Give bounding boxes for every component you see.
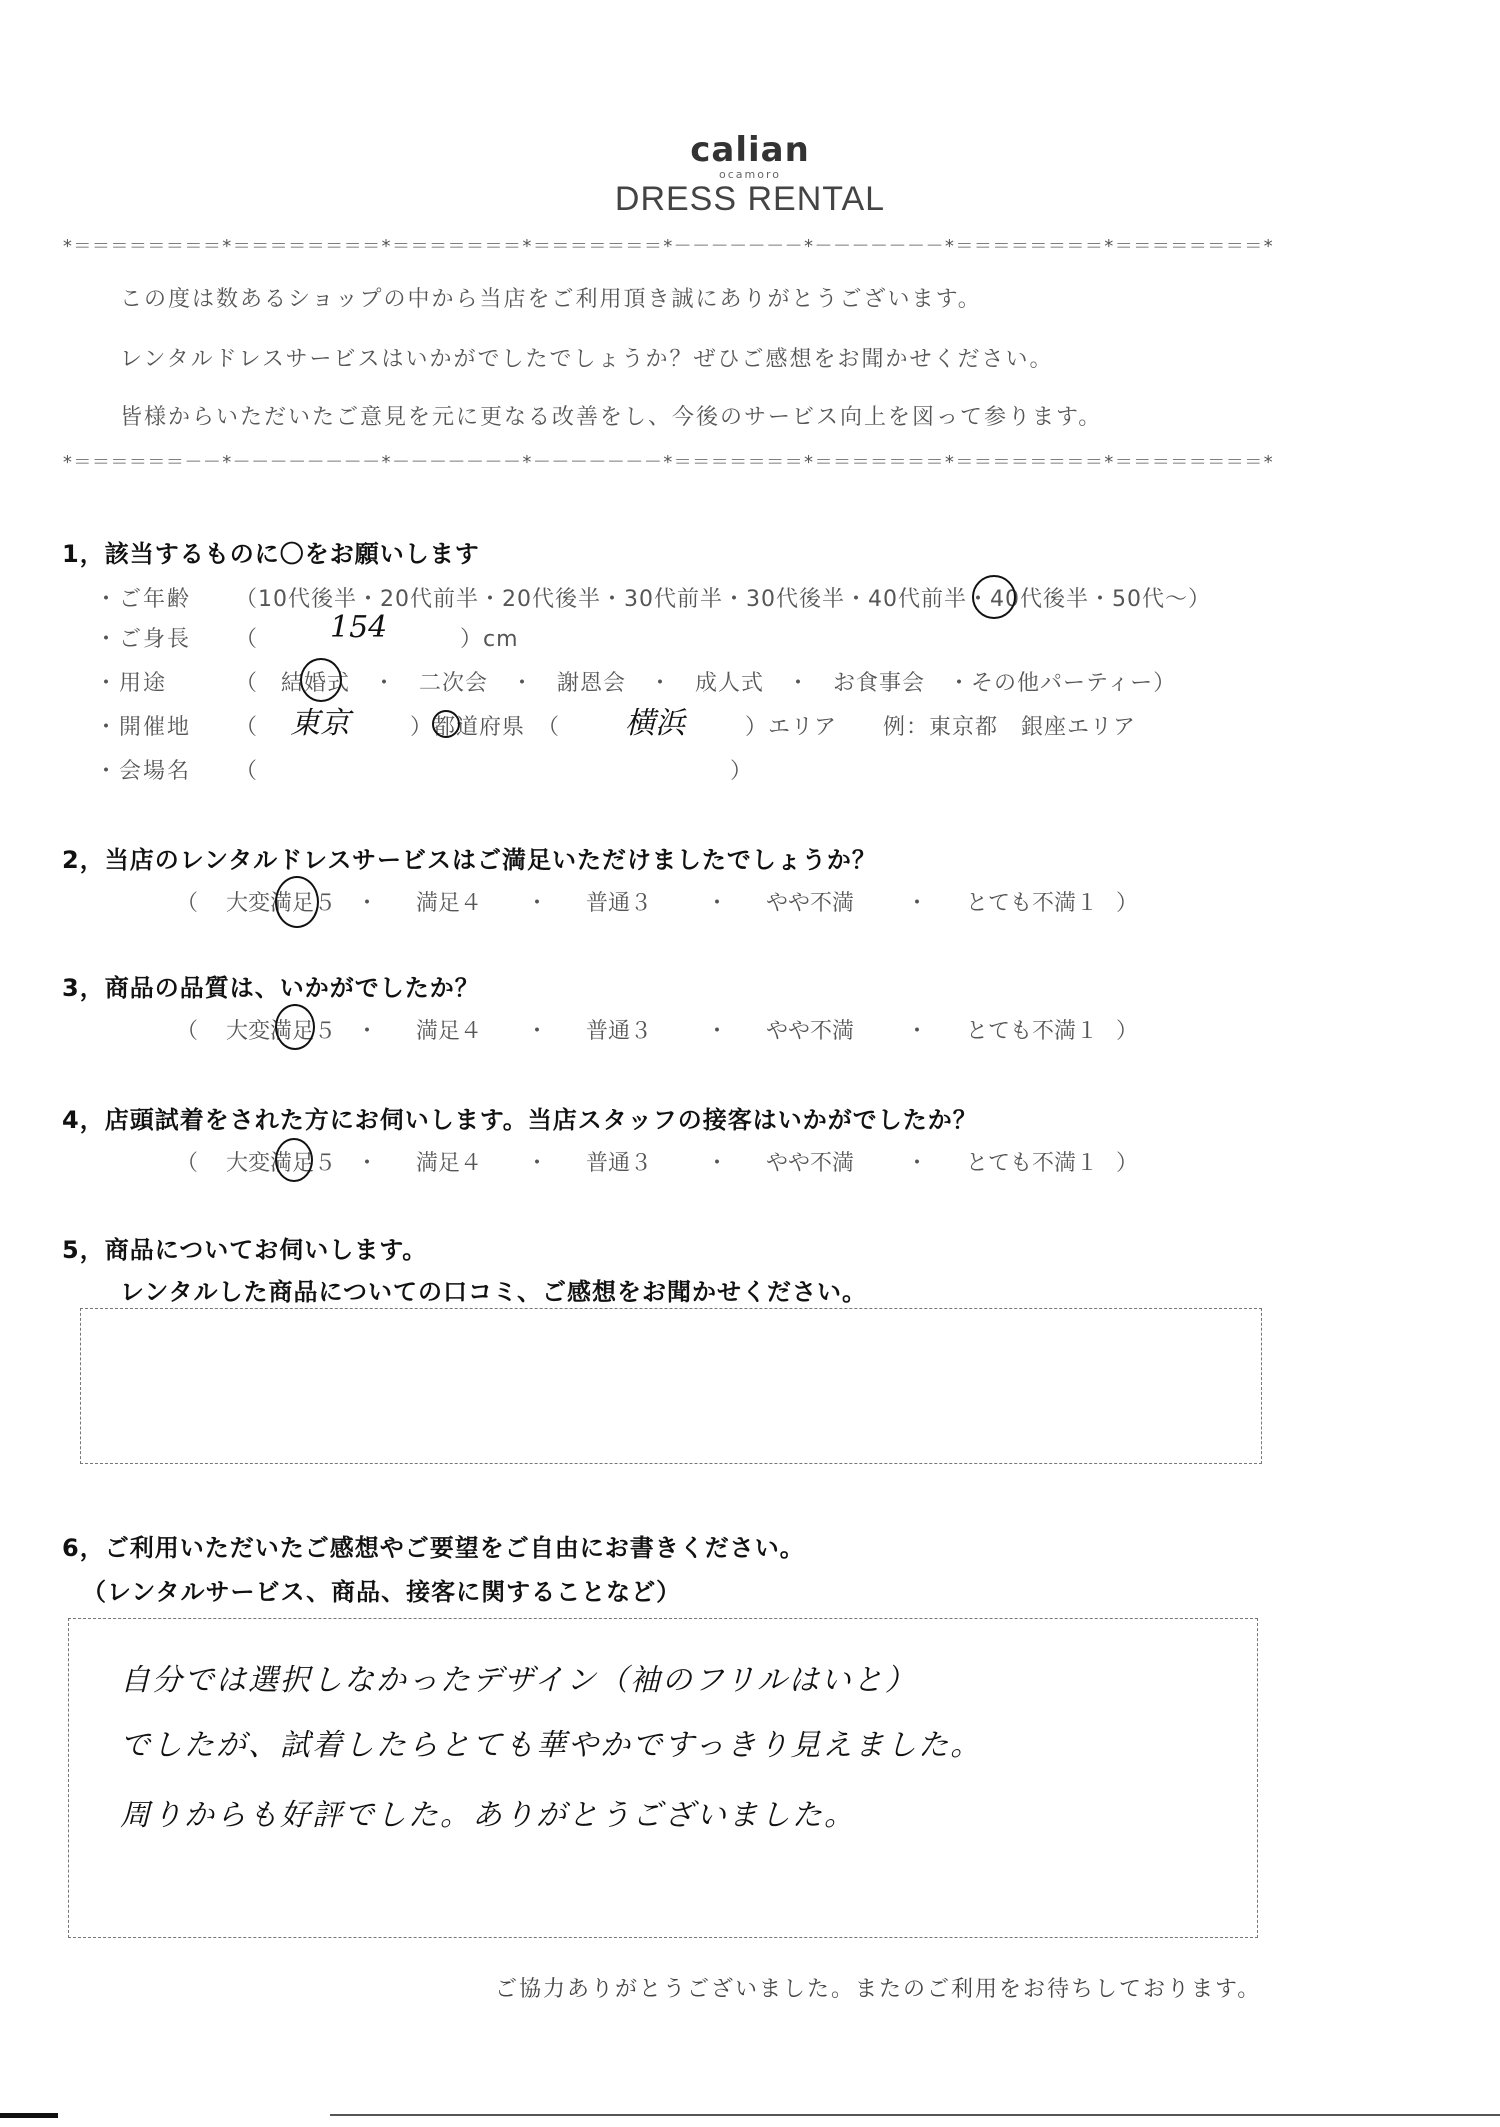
q3-rating-scale[interactable]: （ 大変満足５ ・ 満足４ ・ 普通３ ・ やや不満 ・ とても不満１ ）: [176, 1014, 1146, 1045]
q2-option-neutral[interactable]: 普通３: [586, 886, 706, 917]
q6-heading: 6，ご利用いただいたご感想やご要望をご自由にお書きください。: [62, 1528, 805, 1563]
q3-option-satisfied[interactable]: 満足４: [416, 1014, 526, 1045]
q3-sep-3: ・: [706, 1014, 766, 1045]
height-unit: ）cm: [460, 622, 519, 653]
purpose-options[interactable]: （ 結婚式 ・ 二次会 ・ 謝恩会 ・ 成人式 ・ お食事会 ・その他パーティー…: [235, 666, 1176, 697]
age-label: ・ご年齢: [95, 582, 191, 613]
purpose-label: ・用途: [95, 666, 167, 697]
age-selected-circle: [972, 575, 1016, 619]
venue-name-close: ）: [730, 754, 753, 785]
q4-option-very-dissatisfied[interactable]: とても不満１: [966, 1146, 1116, 1177]
q2-sep-3: ・: [706, 886, 766, 917]
q4-sep-4: ・: [906, 1146, 966, 1177]
page-title: DRESS RENTAL: [0, 180, 1500, 219]
q2-option-very-dissatisfied[interactable]: とても不満１: [966, 886, 1116, 917]
q4-option-neutral[interactable]: 普通３: [586, 1146, 706, 1177]
q1-heading: 1，該当するものに〇をお願いします: [62, 534, 480, 569]
height-value[interactable]: 154: [330, 610, 387, 645]
q2-close: ）: [1116, 886, 1146, 917]
intro-line-1: この度は数あるショップの中から当店をご利用頂き誠にありがとうございます。: [120, 282, 982, 313]
venue-name-label: ・会場名: [95, 754, 191, 785]
q3-sep-2: ・: [526, 1014, 586, 1045]
location-label: ・開催地: [95, 710, 191, 741]
q3-option-very-dissatisfied[interactable]: とても不満１: [966, 1014, 1116, 1045]
q3-heading: 3，商品の品質は、いかがでしたか？: [62, 968, 480, 1003]
prefecture-value[interactable]: 東京: [290, 698, 350, 742]
q6-answer-line-3: 周りからも好評でした。ありがとうございました。: [120, 1790, 856, 1834]
location-open: （: [235, 710, 258, 741]
brand-logo: calian: [0, 130, 1500, 170]
q2-sep-1: ・: [356, 886, 416, 917]
height-open: （: [235, 622, 258, 653]
q2-selected-circle: [275, 876, 319, 928]
q2-open: （: [176, 886, 226, 917]
q2-rating-scale[interactable]: （ 大変満足５ ・ 満足４ ・ 普通３ ・ やや不満 ・ とても不満１ ）: [176, 886, 1146, 917]
q4-selected-circle: [275, 1138, 313, 1182]
q2-option-somewhat-dissatisfied[interactable]: やや不満: [766, 886, 906, 917]
q3-sep-1: ・: [356, 1014, 416, 1045]
q3-selected-circle: [275, 1004, 315, 1050]
q2-sep-4: ・: [906, 886, 966, 917]
intro-line-2: レンタルドレスサービスはいかがでしたでしょうか？ぜひご感想をお聞かせください。: [120, 342, 1053, 373]
q4-sep-1: ・: [356, 1146, 416, 1177]
q4-open: （: [176, 1146, 226, 1177]
scan-artifact-left: [0, 2113, 58, 2118]
q5-subheading: レンタルした商品についての口コミ、ご感想をお聞かせください。: [120, 1272, 867, 1307]
q4-rating-scale[interactable]: （ 大変満足５ ・ 満足４ ・ 普通３ ・ やや不満 ・ とても不満１ ）: [176, 1146, 1146, 1177]
divider-top: *＝＝＝＝＝＝＝＝*＝＝＝＝＝＝＝＝*＝＝＝＝＝＝＝*＝＝＝＝＝＝＝*－－－－－…: [62, 232, 1362, 258]
q5-answer-box[interactable]: [80, 1308, 1262, 1464]
q3-option-somewhat-dissatisfied[interactable]: やや不満: [766, 1014, 906, 1045]
q3-close: ）: [1116, 1014, 1146, 1045]
scan-artifact-bottom-line: [330, 2114, 1500, 2116]
footer-thanks: ご協力ありがとうございました。またのご利用をお待ちしております。: [495, 1972, 1261, 2003]
q6-answer-line-1: 自分では選択しなかったデザイン（袖のフリルはいと）: [120, 1655, 917, 1699]
q2-option-satisfied[interactable]: 満足４: [416, 886, 526, 917]
intro-line-3: 皆様からいただいたご意見を元に更なる改善をし、今後のサービス向上を図って参ります…: [120, 400, 1102, 431]
height-label: ・ご身長: [95, 622, 191, 653]
venue-name-open: （: [235, 754, 258, 785]
q3-option-neutral[interactable]: 普通３: [586, 1014, 706, 1045]
q4-option-somewhat-dissatisfied[interactable]: やや不満: [766, 1146, 906, 1177]
prefecture-selected-circle: [432, 710, 460, 738]
q3-open: （: [176, 1014, 226, 1045]
age-options[interactable]: （10代後半・20代前半・20代後半・30代前半・30代後半・40代前半・40代…: [235, 582, 1211, 613]
q6-answer-line-2: でしたが、試着したらとても華やかですっきり見えました。: [120, 1720, 982, 1764]
q3-sep-4: ・: [906, 1014, 966, 1045]
q4-close: ）: [1116, 1146, 1146, 1177]
q4-sep-3: ・: [706, 1146, 766, 1177]
q2-sep-2: ・: [526, 886, 586, 917]
area-suffix: ）エリア 例：東京都 銀座エリア: [745, 710, 1136, 741]
venue-name-field[interactable]: [300, 754, 720, 782]
area-value[interactable]: 横浜: [625, 698, 685, 742]
q4-sep-2: ・: [526, 1146, 586, 1177]
q5-heading: 5，商品についてお伺いします。: [62, 1230, 427, 1265]
divider-bottom: *＝＝＝＝＝＝－－*－－－－－－－－*－－－－－－－*－－－－－－－*＝＝＝＝＝…: [62, 448, 1362, 474]
q2-heading: 2，当店のレンタルドレスサービスはご満足いただけましたでしょうか？: [62, 840, 877, 875]
purpose-selected-circle: [300, 658, 342, 702]
q4-heading: 4，店頭試着をされた方にお伺いします。当店スタッフの接客はいかがでしたか？: [62, 1100, 978, 1135]
q6-subheading: （レンタルサービス、商品、接客に関することなど）: [82, 1572, 681, 1607]
q4-option-satisfied[interactable]: 満足４: [416, 1146, 526, 1177]
